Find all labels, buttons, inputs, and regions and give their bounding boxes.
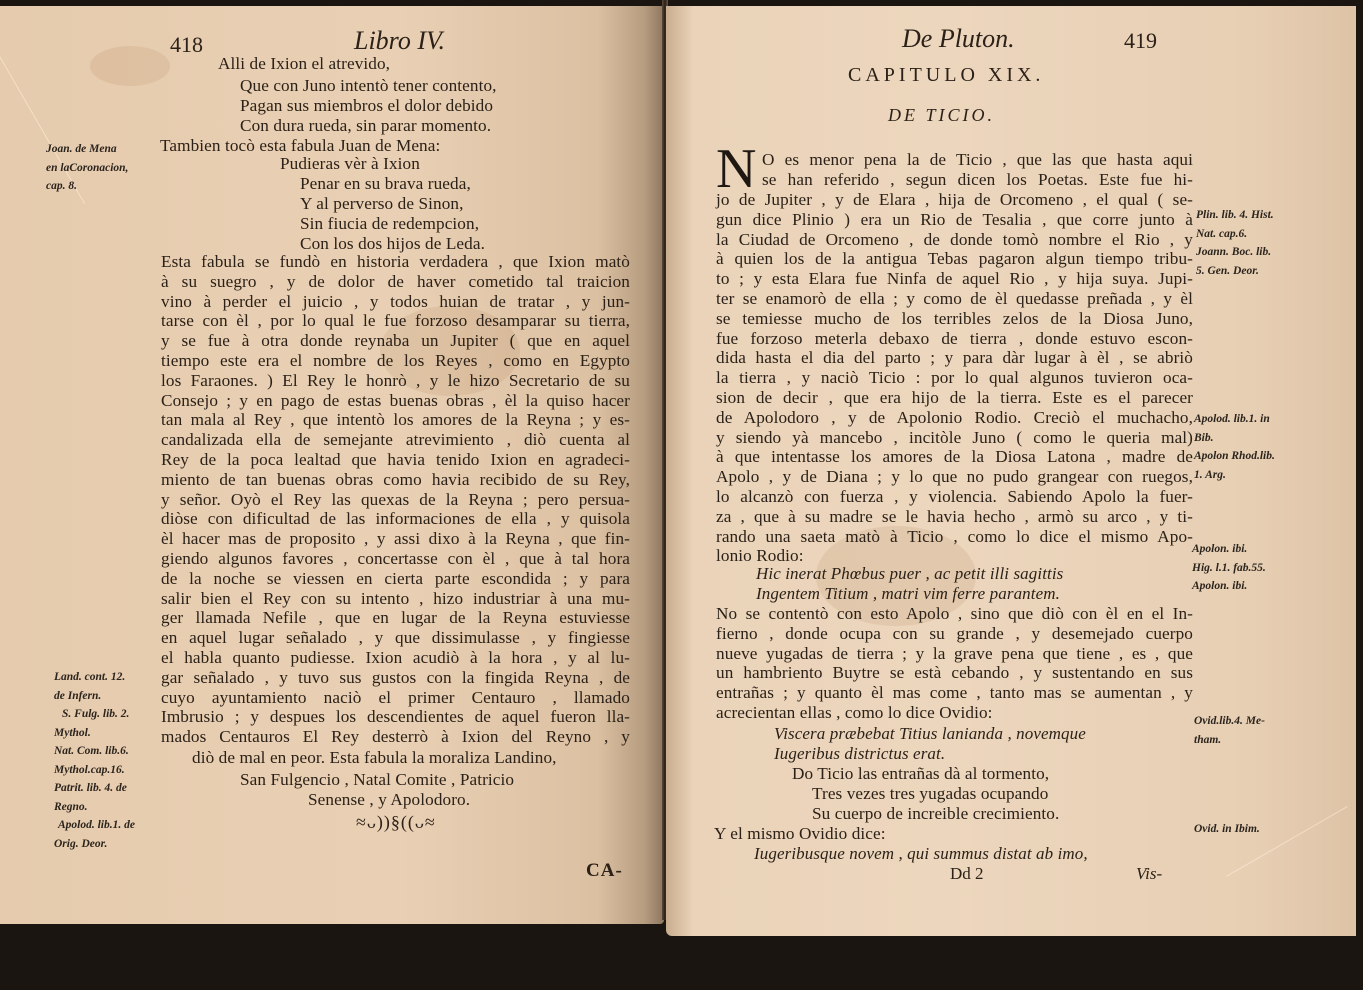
margin-note-plinio: Plin. lib. 4. Hist. Nat. cap.6. Joann. B… bbox=[1196, 206, 1274, 280]
latin-quote-line: Iugeribus districtus erat. bbox=[774, 744, 945, 764]
prose-line: candalizada ella de semejante atrevimien… bbox=[161, 430, 630, 450]
left-page: 418 Libro IV. Alli de Ixion el atrevido,… bbox=[0, 6, 664, 924]
prose-block: Esta fabula se fundò en historia verdade… bbox=[161, 252, 630, 747]
latin-quote-line: Viscera præbebat Titius lanianda , novem… bbox=[774, 724, 1086, 744]
note-line: Plin. lib. 4. Hist. bbox=[1196, 206, 1274, 225]
prose-line: entrañas ; y quanto èl mas come , tanto … bbox=[716, 683, 1193, 703]
prose-line: de la noche se viessen en cierta parte e… bbox=[161, 569, 630, 589]
latin-quote-line: Iugeribusque novem , qui summus distat a… bbox=[754, 844, 1088, 864]
opening-line: O es menor pena la de Ticio , que las qu… bbox=[762, 150, 1193, 170]
note-line: Land. cont. 12. bbox=[54, 668, 135, 687]
note-line: Patrit. lib. 4. de bbox=[54, 779, 135, 798]
verse-line: Con dura rueda, sin parar momento. bbox=[240, 116, 491, 136]
verse-line: Tres vezes tres yugadas ocupando bbox=[812, 784, 1048, 804]
note-line: Apolod. lib.1. in bbox=[1194, 410, 1275, 429]
chapter-title: CAPITULO XIX. bbox=[848, 64, 1044, 87]
prose-line: dida hasta el dia del parto ; y para dàr… bbox=[716, 348, 1193, 368]
note-line: de Infern. bbox=[54, 687, 135, 706]
latin-quote-line: Hic inerat Phœbus puer , ac petit illi s… bbox=[756, 564, 1063, 584]
paper-crease bbox=[1226, 806, 1348, 877]
catchword: Vis- bbox=[1136, 864, 1162, 884]
prose-line: to ; y esta Elara fue Ninfa de aquel Rio… bbox=[716, 269, 1193, 289]
chapter-subtitle: DE TICIO. bbox=[888, 105, 995, 126]
note-line: Ovid. in Ibim. bbox=[1194, 820, 1260, 839]
verse-line: Sin fiucia de redempcion, bbox=[300, 214, 479, 234]
note-line: Mythol. bbox=[54, 724, 135, 743]
margin-note-ovid-meth: Ovid.lib.4. Me- tham. bbox=[1194, 712, 1265, 749]
note-line: Apolod. lib.1. de bbox=[54, 816, 135, 835]
prose-line: rando una saeta matò à Ticio , como lo d… bbox=[716, 527, 1193, 547]
prose-line: tarse con èl , por lo qual le fue forzos… bbox=[161, 311, 630, 331]
verse-line: Su cuerpo de increible crecimiento. bbox=[812, 804, 1059, 824]
note-line: Mythol.cap.16. bbox=[54, 761, 135, 780]
note-line: tham. bbox=[1194, 731, 1265, 750]
prose-line: No se contentò con esto Apolo , sino que… bbox=[716, 604, 1193, 624]
prose-line: mados Centauros El Rey desterrò à Ixion … bbox=[161, 727, 630, 747]
prose-line: tan mala al Rey , que intentò los amores… bbox=[161, 410, 630, 430]
note-line: 1. Arg. bbox=[1194, 466, 1275, 485]
margin-note-apolodoro: Apolod. lib.1. in Bib. Apolon Rhod.lib. … bbox=[1194, 410, 1275, 484]
prose-line: à su suegro , y de dolor de haver cometi… bbox=[161, 272, 630, 292]
margin-note-apolonio: Apolon. ibi. Hig. l.1. fab.55. Apolon. i… bbox=[1192, 540, 1266, 596]
prose-line: ter se enamorò de ella ; y como de èl qu… bbox=[716, 289, 1193, 309]
margin-note-sources: Land. cont. 12. de Infern. S. Fulg. lib.… bbox=[54, 668, 135, 853]
prose-line: diòse con dificultad de las informacione… bbox=[161, 509, 630, 529]
prose-line: fue forzoso meterla debaxo de tierra , d… bbox=[716, 329, 1193, 349]
verse-line: Pudieras vèr à Ixion bbox=[280, 154, 420, 174]
verse-line: Con los dos hijos de Leda. bbox=[300, 234, 485, 254]
running-head: De Pluton. bbox=[902, 24, 1015, 54]
prose-line: y señor. Oyò el Rey las quexas de la Rey… bbox=[161, 490, 630, 510]
prose-line: giendo algunos favores , concertasse con… bbox=[161, 549, 630, 569]
page-number: 419 bbox=[1124, 28, 1157, 54]
prose-line: ger llamada Nefile , que en lugar de la … bbox=[161, 608, 630, 628]
prose-line: tiempo este era el nombre de los Reyes ,… bbox=[161, 351, 630, 371]
paper-stain bbox=[90, 46, 170, 86]
prose-line: vino à perder el juicio , y todos huian … bbox=[161, 292, 630, 312]
prose-line: à quien los de la antigua Tebas pagaron … bbox=[716, 249, 1193, 269]
prose-line: Esta fabula se fundò en historia verdade… bbox=[161, 252, 630, 272]
prose-line: miento de tan buenas obras como havia re… bbox=[161, 470, 630, 490]
drop-cap: N bbox=[716, 144, 756, 194]
note-line: Apolon Rhod.lib. bbox=[1194, 447, 1275, 466]
closing-line: diò de mal en peor. Esta fabula la moral… bbox=[192, 748, 557, 768]
note-line: Hig. l.1. fab.55. bbox=[1192, 559, 1266, 578]
prose-line: sion de decir , que era hijo de la tierr… bbox=[716, 388, 1193, 408]
prose-line: la Ciudad de Orcomeno , de donde tomò no… bbox=[716, 230, 1193, 250]
prose-line: el habla quanto pudiesse. Ixion acudiò à… bbox=[161, 648, 630, 668]
note-line: Apolon. ibi. bbox=[1192, 540, 1266, 559]
prose-line: lo alcanzò con fuerza , y violencia. Sab… bbox=[716, 487, 1193, 507]
verse-line: Que con Juno intentò tener contento, bbox=[240, 76, 497, 96]
prose-line: jo de Jupiter , y de Elara , hija de Orc… bbox=[716, 190, 1193, 210]
prose-line: nueve yugadas de tierra ; y la grave pen… bbox=[716, 644, 1193, 664]
catchword: CA- bbox=[586, 860, 623, 882]
prose-line: gar señalado , y tuvo sus gustos con la … bbox=[161, 668, 630, 688]
prose-line: se temiesse mucho de los terribles zelos… bbox=[716, 309, 1193, 329]
margin-note-mena: Joan. de Mena en laCoronacion, cap. 8. bbox=[46, 140, 128, 196]
margin-note-ovid-ibim: Ovid. in Ibim. bbox=[1194, 820, 1260, 839]
note-line: Orig. Deor. bbox=[54, 835, 135, 854]
prose-line: los Faraones. ) El Rey le honrò , y le h… bbox=[161, 371, 630, 391]
prose-line: fierno , donde ocupa con su grande , y d… bbox=[716, 624, 1193, 644]
note-line: en laCoronacion, bbox=[46, 159, 128, 178]
right-page: De Pluton. 419 CAPITULO XIX. DE TICIO. N… bbox=[666, 6, 1356, 936]
verse-line: Alli de Ixion el atrevido, bbox=[218, 54, 390, 74]
running-head: Libro IV. bbox=[354, 26, 445, 56]
prose-line: salir bien el Rey con su intento , hizo … bbox=[161, 589, 630, 609]
verse-line: Y al perverso de Sinon, bbox=[300, 194, 463, 214]
prose-line: Consejo ; y en pago de estas buenas obra… bbox=[161, 391, 630, 411]
prose-line: Imbrusio ; y despues los descendientes d… bbox=[161, 707, 630, 727]
prose-line: en aquel lugar señalado , y que dissimul… bbox=[161, 628, 630, 648]
note-line: Regno. bbox=[54, 798, 135, 817]
note-line: Apolon. ibi. bbox=[1192, 577, 1266, 596]
note-line: Nat. Com. lib.6. bbox=[54, 742, 135, 761]
prose-line: de Apolodoro , y de Apolonio Rodio. Crec… bbox=[716, 408, 1193, 428]
opening-line: se han referido , segun dicen los Poetas… bbox=[762, 170, 1193, 190]
prose-line: la tierra , y naciò Ticio : por lo qual … bbox=[716, 368, 1193, 388]
note-line: Joan. de Mena bbox=[46, 140, 128, 159]
closing-line: San Fulgencio , Natal Comite , Patricio bbox=[240, 770, 514, 790]
ornament-icon: ≈ᴗ))§((ᴗ≈ bbox=[356, 812, 436, 833]
prose-block-1: jo de Jupiter , y de Elara , hija de Orc… bbox=[716, 190, 1193, 566]
note-line: cap. 8. bbox=[46, 177, 128, 196]
page-number: 418 bbox=[170, 32, 203, 58]
latin-quote-line: Ingentem Titium , matri vim ferre parant… bbox=[756, 584, 1060, 604]
verse-line: Pagan sus miembros el dolor debido bbox=[240, 96, 493, 116]
prose-line: èl hacer mas de proposito , y assi dixo … bbox=[161, 529, 630, 549]
prose-line: gun dice Plinio ) era un Rio de Tesalia … bbox=[716, 210, 1193, 230]
verse-line: Do Ticio las entrañas dà al tormento, bbox=[792, 764, 1049, 784]
note-line: S. Fulg. lib. 2. bbox=[54, 705, 135, 724]
note-line: Nat. cap.6. bbox=[1196, 225, 1274, 244]
prose-line: à que intentasse los amores de la Diosa … bbox=[716, 447, 1193, 467]
prose-line: y siendo yà mancebo , incitòle Juno ( co… bbox=[716, 428, 1193, 448]
prose-line: y se fue à otra donde reynaba un Jupiter… bbox=[161, 331, 630, 351]
note-line: Bib. bbox=[1194, 429, 1275, 448]
prose-line: acrecientan ellas , como lo dice Ovidio: bbox=[716, 703, 1193, 723]
prose-line: cuyo ayuntamiento naciò el primer Centau… bbox=[161, 688, 630, 708]
prose-line: Rey de la poca lealtad que havia tenido … bbox=[161, 450, 630, 470]
verse-line: Penar en su brava rueda, bbox=[300, 174, 471, 194]
intro-line: Tambien tocò esta fabula Juan de Mena: bbox=[160, 136, 440, 156]
closing-line: Senense , y Apolodoro. bbox=[308, 790, 470, 810]
prose-line: un hambriento Buytre se està cebando , y… bbox=[716, 663, 1193, 683]
signature-mark: Dd 2 bbox=[950, 864, 984, 884]
note-line: Joann. Boc. lib. bbox=[1196, 243, 1274, 262]
prose-line: Apolo , y de Diana ; y lo que no pudo gr… bbox=[716, 467, 1193, 487]
note-line: Ovid.lib.4. Me- bbox=[1194, 712, 1265, 731]
prose-line: za , que à su madre se le havia hecho , … bbox=[716, 507, 1193, 527]
intro-line: Y el mismo Ovidio dice: bbox=[714, 824, 886, 844]
prose-block-2: No se contentò con esto Apolo , sino que… bbox=[716, 604, 1193, 723]
note-line: 5. Gen. Deor. bbox=[1196, 262, 1274, 281]
